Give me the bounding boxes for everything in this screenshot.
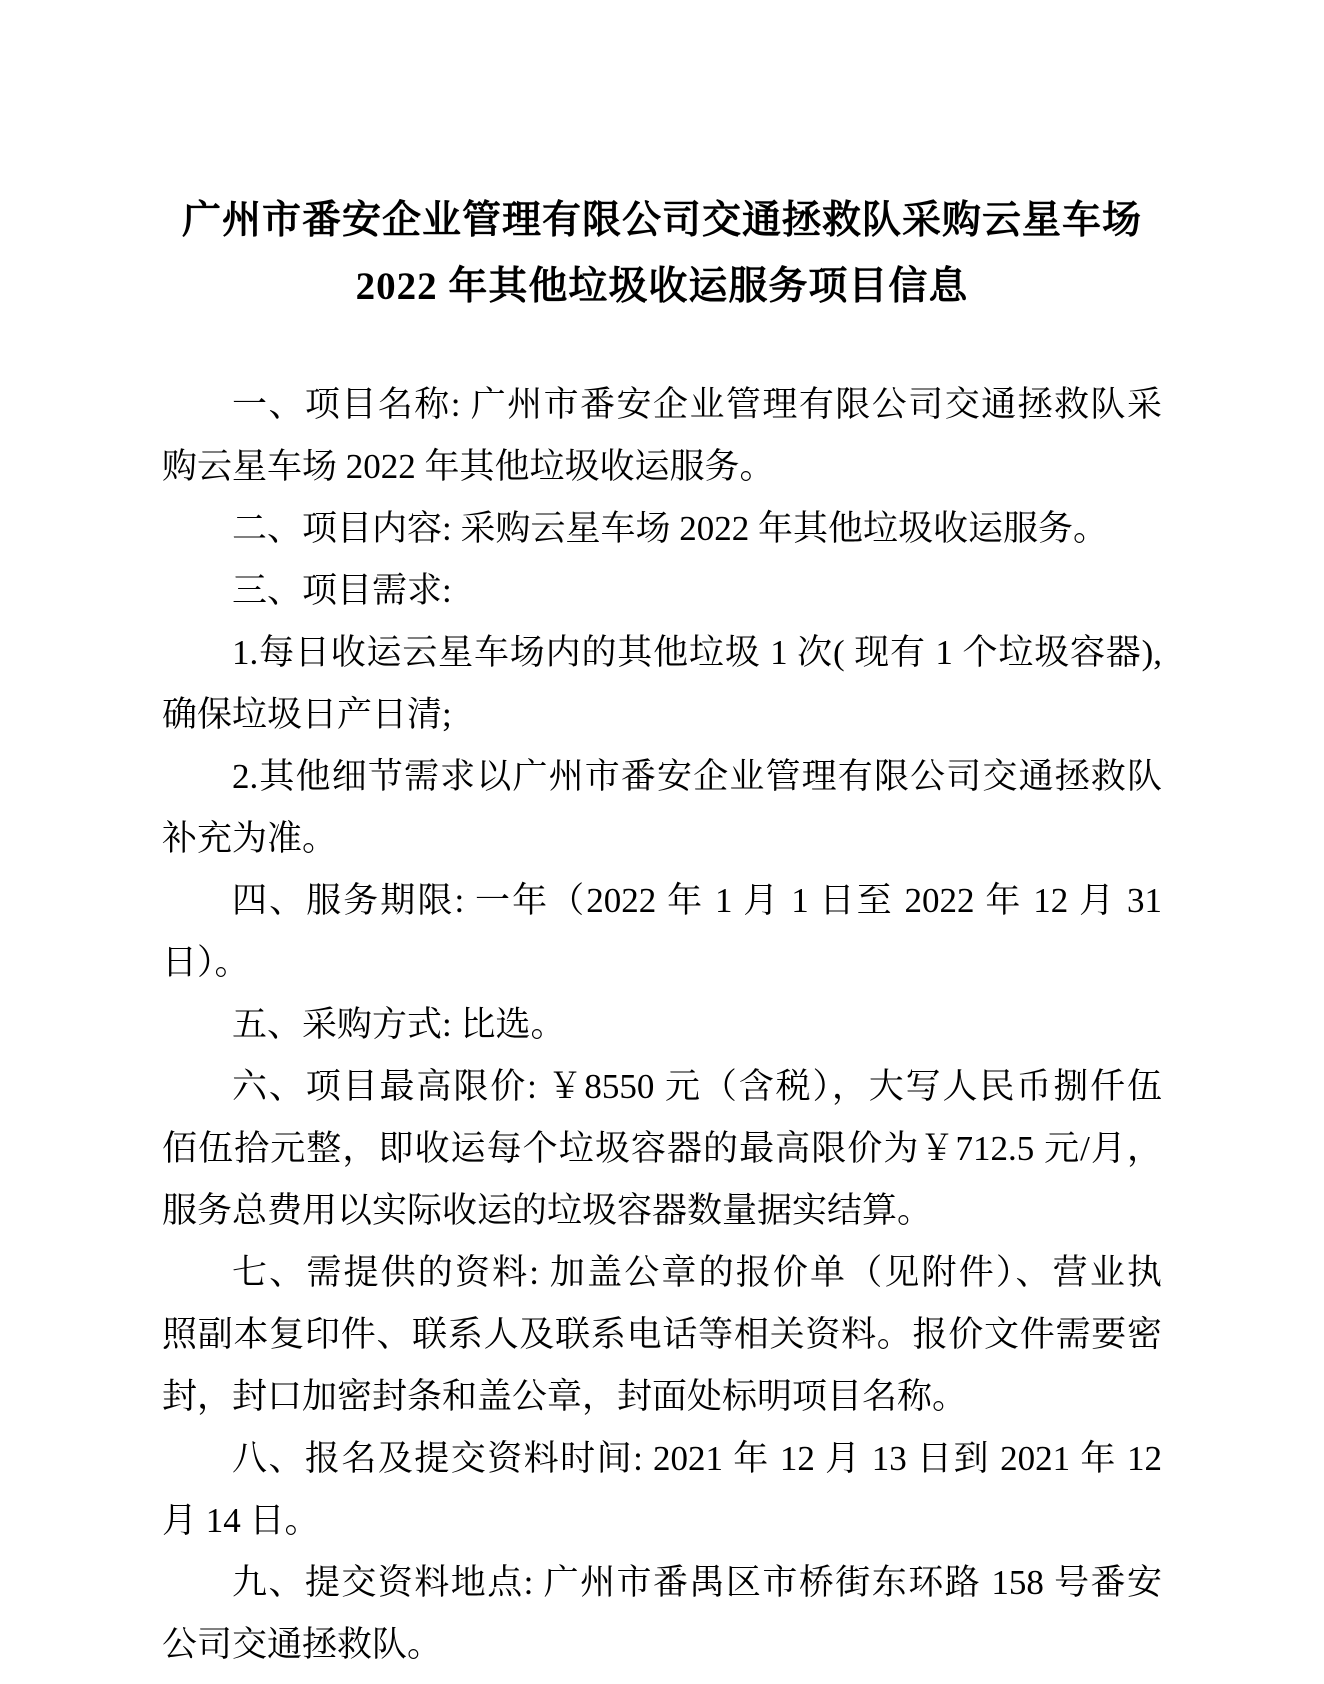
paragraph-max-price-line: 佰伍拾元整，即收运每个垃圾容器的最高限价为￥712.5 元/月， [162,1118,1162,1180]
document-title-line2: 2022 年其他垃圾收运服务项目信息 [157,254,1167,320]
paragraph-submission-time-line: 八、报名及提交资料时间: 2021 年 12 月 13 日到 2021 年 12 [162,1428,1162,1490]
paragraph-project-requirements-line: 三、项目需求: [162,560,1162,622]
document-page: 广州市番安企业管理有限公司交通拯救队采购云星车场 2022 年其他垃圾收运服务项… [0,0,1324,1684]
paragraph-requirement-1-line: 确保垃圾日产日清; [162,684,1162,746]
paragraph-max-price-line: 六、项目最高限价: ￥8550 元（含税），大写人民币捌仟伍 [162,1056,1162,1118]
paragraph-service-period-line: 日）。 [162,932,1162,994]
document-body: 一、项目名称: 广州市番安企业管理有限公司交通拯救队采 购云星车场 2022 年… [162,374,1162,1676]
paragraph-submission-location-line: 九、提交资料地点: 广州市番禺区市桥街东环路 158 号番安 [162,1552,1162,1614]
paragraph-required-materials-line: 照副本复印件、联系人及联系电话等相关资料。报价文件需要密 [162,1304,1162,1366]
paragraph-requirement-2-line: 补充为准。 [162,808,1162,870]
document-title-line1: 广州市番安企业管理有限公司交通拯救队采购云星车场 [157,188,1167,254]
paragraph-project-content-line: 二、项目内容: 采购云星车场 2022 年其他垃圾收运服务。 [162,498,1162,560]
paragraph-procurement-method-line: 五、采购方式: 比选。 [162,994,1162,1056]
paragraph-project-name-line: 一、项目名称: 广州市番安企业管理有限公司交通拯救队采 [162,374,1162,436]
paragraph-requirement-2-line: 2.其他细节需求以广州市番安企业管理有限公司交通拯救队 [162,746,1162,808]
document-title: 广州市番安企业管理有限公司交通拯救队采购云星车场 2022 年其他垃圾收运服务项… [157,188,1167,320]
paragraph-required-materials-line: 七、需提供的资料: 加盖公章的报价单（见附件）、营业执 [162,1242,1162,1304]
paragraph-required-materials-line: 封，封口加密封条和盖公章，封面处标明项目名称。 [162,1366,1162,1428]
paragraph-max-price-line: 服务总费用以实际收运的垃圾容器数量据实结算。 [162,1180,1162,1242]
paragraph-requirement-1-line: 1.每日收运云星车场内的其他垃圾 1 次( 现有 1 个垃圾容器), [162,622,1162,684]
paragraph-project-name-line: 购云星车场 2022 年其他垃圾收运服务。 [162,436,1162,498]
paragraph-submission-location-line: 公司交通拯救队。 [162,1614,1162,1676]
paragraph-service-period-line: 四、服务期限: 一年（2022 年 1 月 1 日至 2022 年 12 月 3… [162,870,1162,932]
paragraph-submission-time-line: 月 14 日。 [162,1490,1162,1552]
